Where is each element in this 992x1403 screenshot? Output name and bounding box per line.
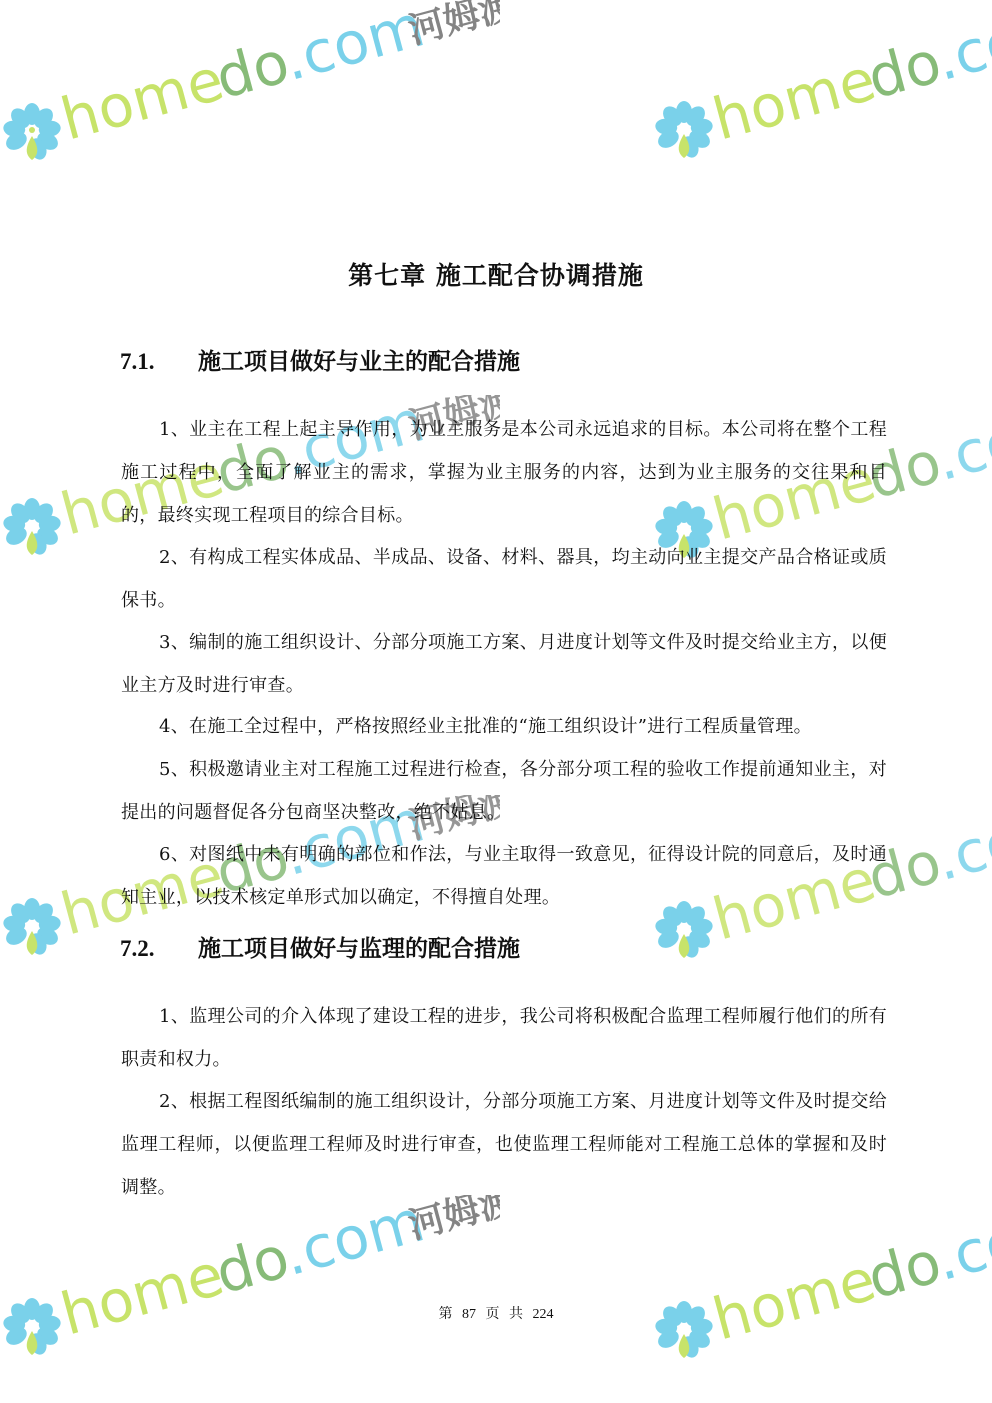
svg-text:.com: .com: [928, 1230, 992, 1294]
svg-text:do: do: [861, 30, 948, 112]
svg-text:home: home: [54, 1240, 230, 1348]
paragraph: 5、积极邀请业主对工程施工过程进行检查，各分部分项工程的验收工作提前通知业主，对…: [121, 748, 887, 834]
flower-icon: [2, 103, 62, 162]
paragraph: 3、编制的施工组织设计、分部分项施工方案、月进度计划等文件及时提交给业主方，以便…: [121, 621, 887, 707]
svg-text:河姆渡: 河姆渡: [404, 0, 500, 52]
svg-text:home: home: [54, 45, 230, 153]
section-title: 施工项目做好与监理的配合措施: [198, 936, 520, 962]
paragraph: 1、业主在工程上起主导作用，为业主服务是本公司永远追求的目标。本公司将在整个工程…: [121, 408, 887, 537]
section-heading-7-2: 7.2. 施工项目做好与监理的配合措施: [120, 930, 520, 963]
svg-text:.com: .com: [928, 30, 992, 94]
section-title: 施工项目做好与业主的配合措施: [198, 349, 520, 375]
paragraph: 4、在施工全过程中，严格按照经业主批准的“施工组织设计”进行工程质量管理。: [121, 705, 887, 748]
svg-text:.com: .com: [276, 0, 431, 94]
homedo-watermark-logo: home do .com 河姆渡: [0, 1195, 500, 1375]
section-number: 7.2.: [120, 936, 190, 962]
svg-text:.com: .com: [928, 430, 992, 494]
page-footer: 第 87 页 共 224: [0, 1303, 992, 1323]
svg-text:do: do: [209, 28, 296, 112]
homedo-watermark-logo: home do .com 河姆渡: [0, 0, 500, 180]
paragraph: 6、对图纸中未有明确的部位和作法，与业主取得一致意见，征得设计院的同意后，及时通…: [121, 833, 887, 919]
svg-text:home: home: [706, 45, 882, 153]
section-heading-7-1: 7.1. 施工项目做好与业主的配合措施: [120, 343, 520, 376]
svg-text:do: do: [861, 1230, 948, 1312]
svg-text:.com: .com: [276, 1195, 431, 1289]
homedo-watermark-logo: home do .com: [640, 30, 992, 180]
svg-text:.com: .com: [928, 830, 992, 894]
svg-text:do: do: [209, 1223, 296, 1307]
section-number: 7.1.: [120, 349, 190, 375]
chapter-title: 第七章 施工配合协调措施: [0, 256, 992, 292]
paragraph: 2、有构成工程实体成品、半成品、设备、材料、器具，均主动向业主提交产品合格证或质…: [121, 536, 887, 622]
document-page: home do .com 河姆渡 home do .com: [0, 0, 992, 1403]
paragraph: 2、根据工程图纸编制的施工组织设计，分部分项施工方案、月进度计划等文件及时提交给…: [121, 1080, 887, 1209]
paragraph: 1、监理公司的介入体现了建设工程的进步，我公司将积极配合监理工程师履行他们的所有…: [121, 995, 887, 1081]
svg-text:home: home: [706, 1245, 882, 1353]
